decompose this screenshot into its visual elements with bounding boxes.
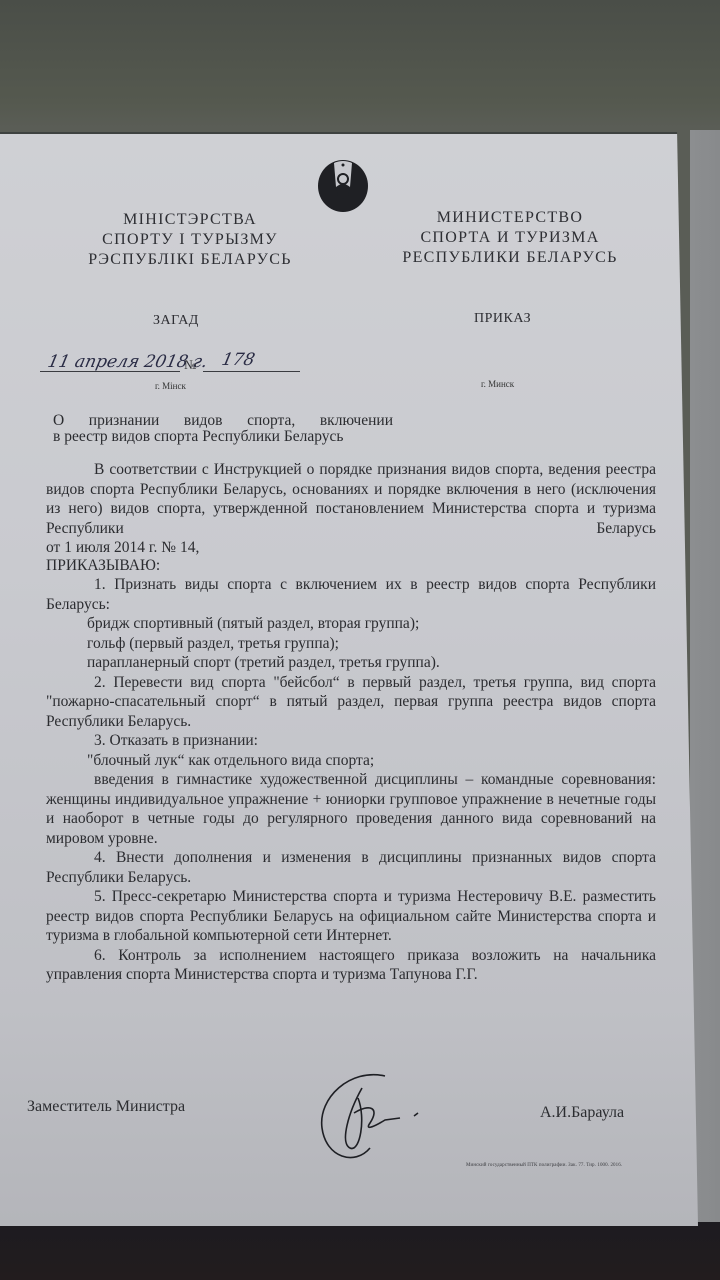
item-3-continuation: введения в гимнастике художественной дис…	[46, 770, 656, 848]
header-by-line3: РЭСПУБЛІКІ БЕЛАРУСЬ	[60, 250, 320, 270]
item-1-sub-3: парапланерный спорт (третий раздел, трет…	[46, 653, 656, 673]
item-1-sub-2: гольф (первый раздел, третья группа);	[46, 634, 656, 654]
signatory-name: А.И.Бараула	[540, 1104, 624, 1122]
date-underline	[40, 371, 180, 372]
state-emblem-icon	[316, 157, 370, 213]
printer-imprint: Минский государственный ПТК полиграфии. …	[466, 1163, 622, 1168]
preamble: В соответствии с Инструкцией о порядке п…	[46, 460, 656, 538]
city-russian: г. Минск	[481, 379, 514, 389]
document-kind-belarusian: ЗАГАД	[153, 313, 199, 329]
item-4: 4. Внести дополнения и изменения в дисци…	[46, 848, 656, 887]
number-underline	[203, 371, 300, 372]
number-label: №	[184, 357, 196, 373]
item-2: 2. Перевести вид спорта "бейсбол“ в перв…	[46, 673, 656, 732]
city-belarusian: г. Мінск	[155, 381, 186, 391]
handwritten-number: 178	[220, 350, 257, 370]
header-by-line1: МІНІСТЭРСТВА	[60, 210, 320, 230]
title-line1: О признании видов спорта, включении	[53, 413, 393, 429]
handwritten-signature-icon	[310, 1068, 440, 1168]
header-ru-line2: СПОРТА И ТУРИЗМА	[380, 228, 640, 248]
order-title: О признании видов спорта, включении в ре…	[53, 413, 393, 445]
item-1-sub-1: бридж спортивный (пятый раздел, вторая г…	[46, 614, 656, 634]
order-word: ПРИКАЗЫВАЮ:	[46, 556, 656, 576]
header-ru-line1: МИНИСТЕРСТВО	[380, 208, 640, 228]
item-5: 5. Пресс-секретарю Министерства спорта и…	[46, 887, 656, 946]
title-line2: в реестр видов спорта Республики Беларус…	[53, 429, 393, 445]
item-1: 1. Признать виды спорта с включением их …	[46, 575, 656, 614]
order-body: В соответствии с Инструкцией о порядке п…	[46, 460, 656, 985]
ministry-header-belarusian: МІНІСТЭРСТВА СПОРТУ І ТУРЫЗМУ РЭСПУБЛІКІ…	[60, 210, 320, 270]
item-3: 3. Отказать в признании:	[46, 731, 656, 751]
table-surface	[0, 1222, 720, 1280]
item-3-sub-1: "блочный лук“ как отдельного вида спорта…	[46, 751, 656, 771]
signatory-title: Заместитель Министра	[27, 1098, 185, 1116]
item-6: 6. Контроль за исполнением настоящего пр…	[46, 946, 656, 985]
ministry-header-russian: МИНИСТЕРСТВО СПОРТА И ТУРИЗМА РЕСПУБЛИКИ…	[380, 208, 640, 268]
header-ru-line3: РЕСПУБЛИКИ БЕЛАРУСЬ	[380, 248, 640, 268]
document-kind-russian: ПРИКАЗ	[474, 311, 531, 327]
header-by-line2: СПОРТУ І ТУРЫЗМУ	[60, 230, 320, 250]
